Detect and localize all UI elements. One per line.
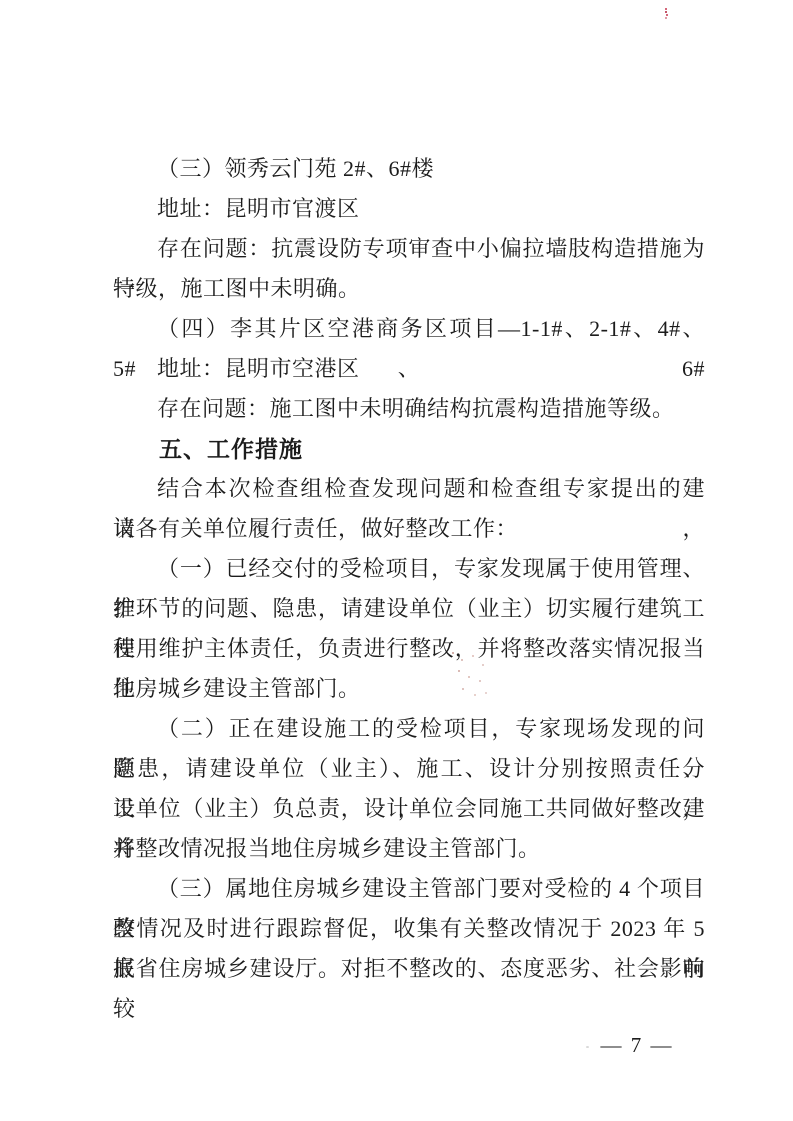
document-line: 设单位（业主）负总责，设计单位会同施工共同做好整改，并 <box>113 789 705 829</box>
document-line: （三）领秀云门苑 2#、6#楼 <box>113 149 705 189</box>
document-line: 五、工作措施 <box>113 429 705 469</box>
document-line: （三）属地住房城乡建设主管部门要对受检的 4 个项目整 <box>113 869 705 909</box>
document-line: 住房城乡建设主管部门。 <box>113 669 705 709</box>
document-line: 结合本次检查组检查发现问题和检查组专家提出的建议， <box>113 469 705 509</box>
document-page: （三）领秀云门苑 2#、6#楼地址：昆明市官渡区存在问题：抗震设防专项审查中小偏… <box>0 0 793 1121</box>
document-line: 一级，施工图中未明确。 <box>113 269 705 309</box>
document-body: （三）领秀云门苑 2#、6#楼地址：昆明市官渡区存在问题：抗震设防专项审查中小偏… <box>113 149 705 989</box>
red-ink-speck-artifact <box>665 8 667 10</box>
document-line: （一）已经交付的受检项目，专家发现属于使用管理、维 <box>113 549 705 589</box>
document-line: 护环节的问题、隐患，请建设单位（业主）切实履行建筑工程 <box>113 589 705 629</box>
stain-specks-artifact <box>452 652 454 654</box>
dust-speck-artifact <box>586 1046 589 1048</box>
document-line: 存在问题：抗震设防专项审查中小偏拉墙肢构造措施为特 <box>113 229 705 269</box>
page-number: — 7 — <box>581 1031 693 1059</box>
document-line: 存在问题：施工图中未明确结构抗震构造措施等级。 <box>113 389 705 429</box>
document-line: 地址：昆明市官渡区 <box>113 189 705 229</box>
document-line: 将整改情况报当地住房城乡建设主管部门。 <box>113 829 705 869</box>
document-line: （四）李其片区空港商务区项目—1-1#、2-1#、4#、5#、6# <box>113 309 705 349</box>
document-line: 隐患，请建设单位（业主）、施工、设计分别按照责任分工，建 <box>113 749 705 789</box>
document-line: （二）正在建设施工的受检项目，专家现场发现的问题、 <box>113 709 705 749</box>
document-line: 改情况及时进行跟踪督促，收集有关整改情况于 2023 年 5 底前 <box>113 909 705 949</box>
document-line: 报省住房城乡建设厅。对拒不整改的、态度恶劣、社会影响较 <box>113 949 705 989</box>
document-line: 使用维护主体责任，负责进行整改，并将整改落实情况报当地 <box>113 629 705 669</box>
